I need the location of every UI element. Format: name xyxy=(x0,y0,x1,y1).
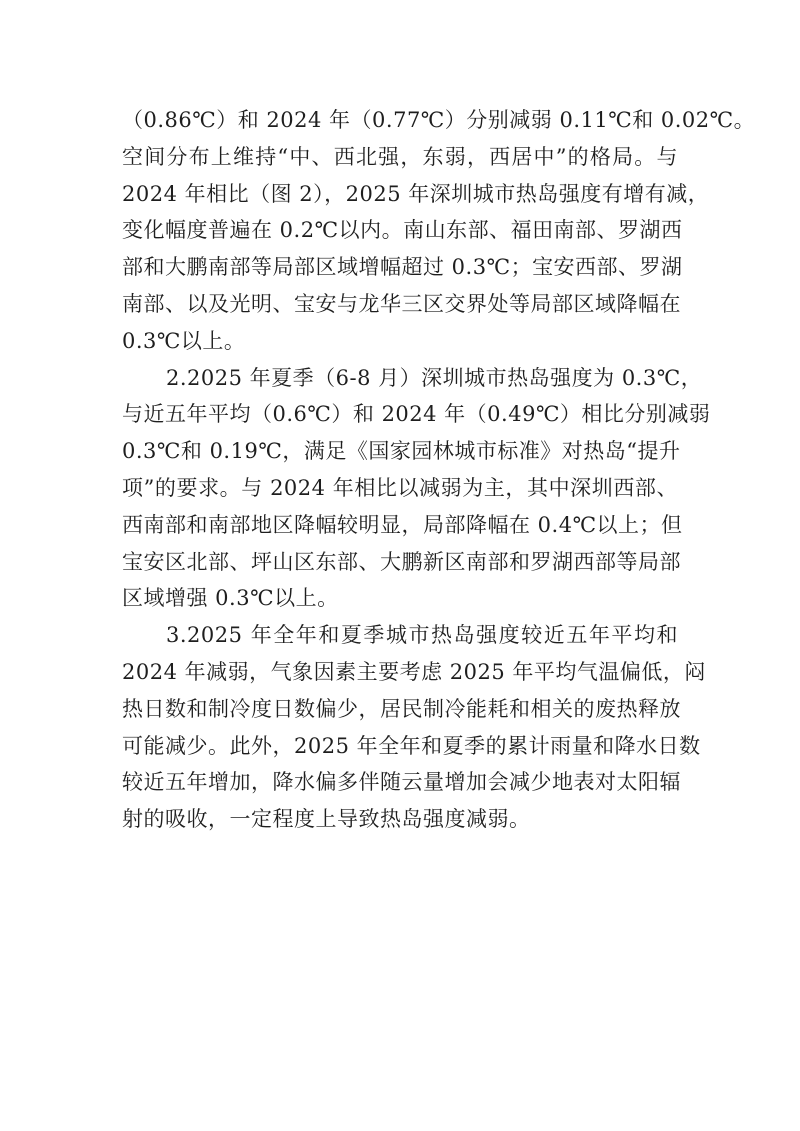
paragraph-1-continuation: （0.86℃）和 2024 年（0.77℃）分别减弱 0.11℃和 0.02℃。… xyxy=(122,102,678,360)
document-page: （0.86℃）和 2024 年（0.77℃）分别减弱 0.11℃和 0.02℃。… xyxy=(122,102,678,838)
text-line: 部和大鹏南部等局部区域增幅超过 0.3℃；宝安西部、罗湖 xyxy=(122,249,678,286)
text-line: 2024 年相比（图 2），2025 年深圳城市热岛强度有增有减， xyxy=(122,176,678,213)
text-line: 可能减少。此外，2025 年全年和夏季的累计雨量和降水日数 xyxy=(122,728,678,765)
text-line: 与近五年平均（0.6℃）和 2024 年（0.49℃）相比分别减弱 xyxy=(122,396,678,433)
text-line: 项”的要求。与 2024 年相比以减弱为主，其中深圳西部、 xyxy=(122,470,678,507)
text-line: 较近五年增加，降水偏多伴随云量增加会减少地表对太阳辐 xyxy=(122,764,678,801)
text-line: 变化幅度普遍在 0.2℃以内。南山东部、福田南部、罗湖西 xyxy=(122,212,678,249)
text-line: 空间分布上维持“中、西北强，东弱，西居中”的格局。与 xyxy=(122,139,678,176)
text-line: 区域增强 0.3℃以上。 xyxy=(122,580,678,617)
text-line: 宝安区北部、坪山区东部、大鹏新区南部和罗湖西部等局部 xyxy=(122,544,678,581)
text-line: 3.2025 年全年和夏季城市热岛强度较近五年平均和 xyxy=(122,617,678,654)
text-line: 2.2025 年夏季（6-8 月）深圳城市热岛强度为 0.3℃， xyxy=(122,360,678,397)
text-line: 射的吸收，一定程度上导致热岛强度减弱。 xyxy=(122,801,678,838)
paragraph-2-summer-heat-island: 2.2025 年夏季（6-8 月）深圳城市热岛强度为 0.3℃， 与近五年平均（… xyxy=(122,360,678,618)
text-line: 热日数和制冷度日数偏少，居民制冷能耗和相关的废热释放 xyxy=(122,691,678,728)
text-line: （0.86℃）和 2024 年（0.77℃）分别减弱 0.11℃和 0.02℃。 xyxy=(122,102,678,139)
text-line: 南部、以及光明、宝安与龙华三区交界处等局部区域降幅在 xyxy=(122,286,678,323)
paragraph-3-meteorological-factors: 3.2025 年全年和夏季城市热岛强度较近五年平均和 2024 年减弱，气象因素… xyxy=(122,617,678,838)
text-line: 2024 年减弱，气象因素主要考虑 2025 年平均气温偏低，闷 xyxy=(122,654,678,691)
text-line: 0.3℃以上。 xyxy=(122,323,678,360)
text-line: 西南部和南部地区降幅较明显，局部降幅在 0.4℃以上；但 xyxy=(122,507,678,544)
text-line: 0.3℃和 0.19℃，满足《国家园林城市标准》对热岛“提升 xyxy=(122,433,678,470)
